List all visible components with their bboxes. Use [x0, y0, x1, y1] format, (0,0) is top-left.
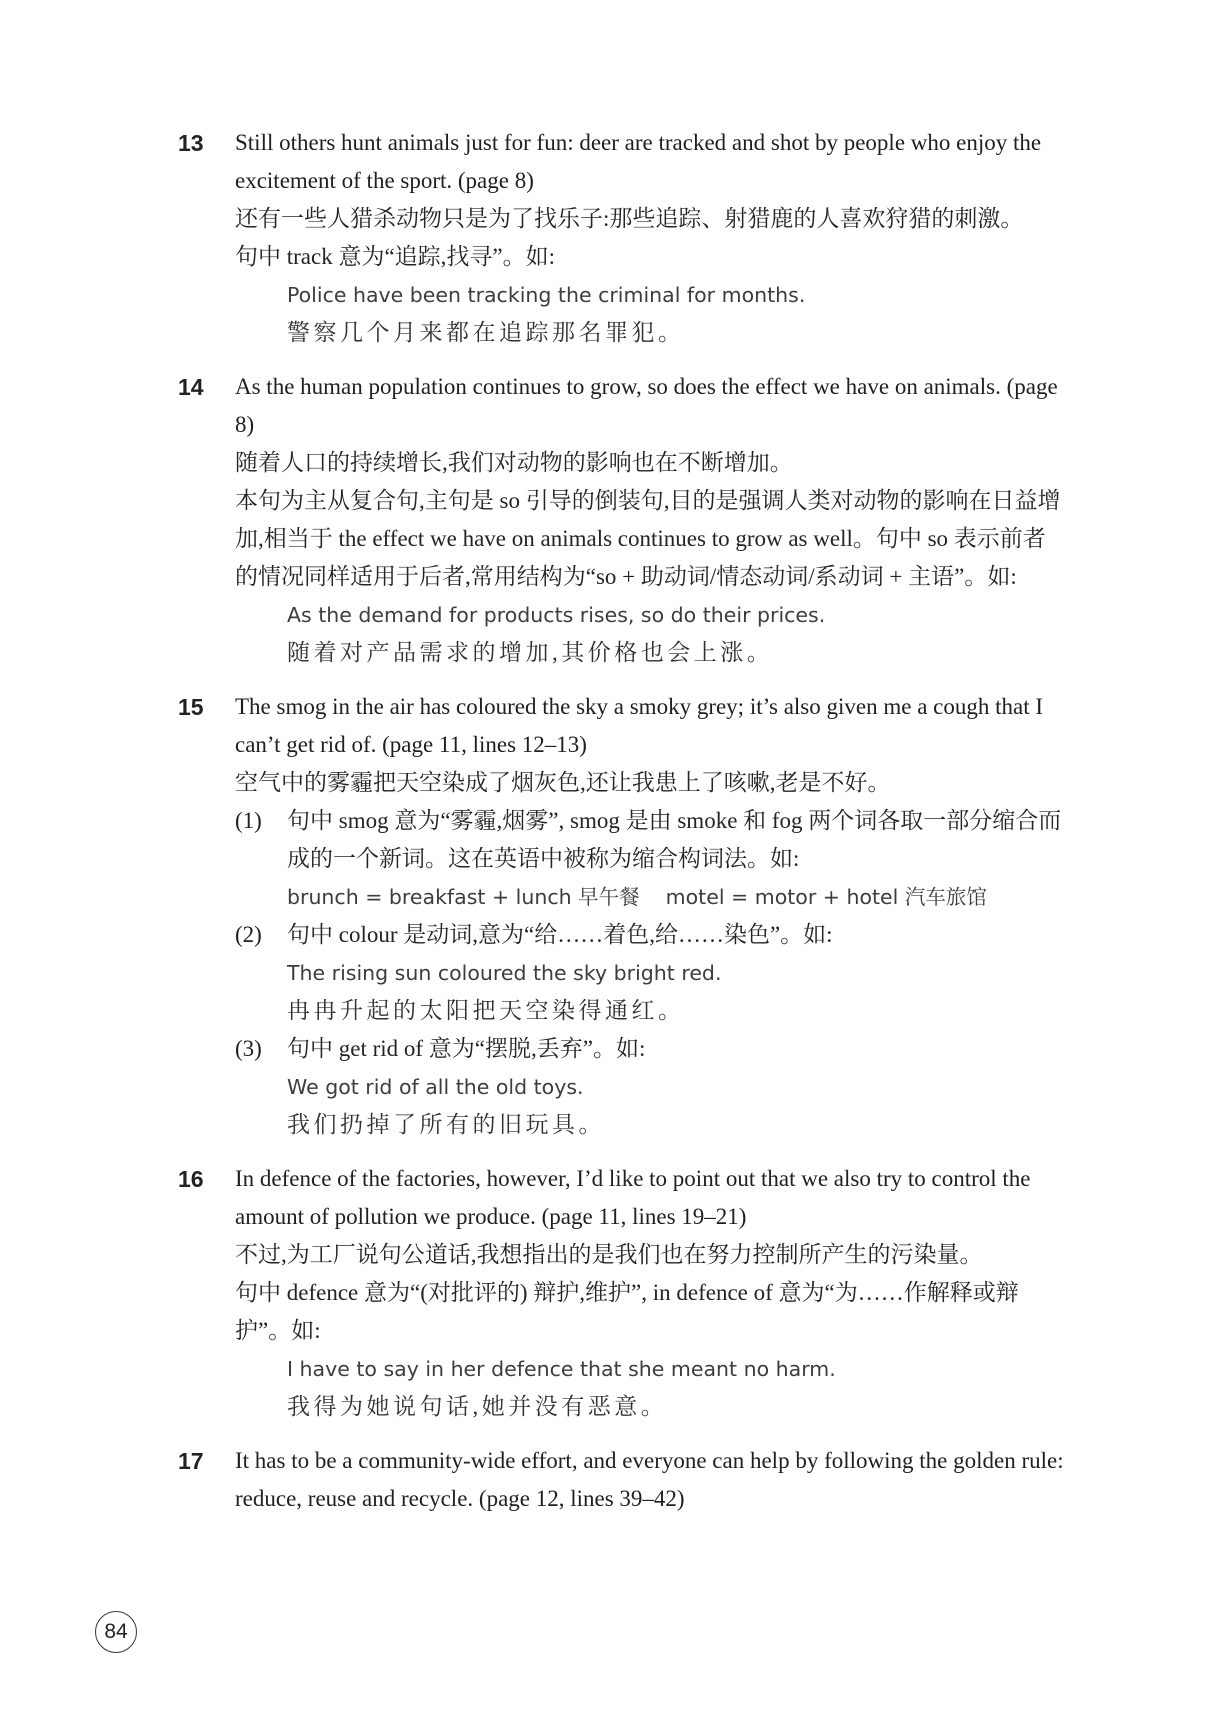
- example-chinese: 警察几个月来都在追踪那名罪犯。: [287, 314, 1065, 352]
- item-number: 16: [178, 1160, 235, 1426]
- example-block: Police have been tracking the criminal f…: [235, 276, 1065, 352]
- sub-item-note: 句中 smog 意为“雾霾,烟雾”, smog 是由 smoke 和 fog 两…: [287, 802, 1065, 878]
- page-content: 13 Still others hunt animals just for fu…: [178, 124, 1065, 1534]
- item-number: 15: [178, 688, 235, 1144]
- example-english: Police have been tracking the criminal f…: [287, 276, 1065, 314]
- textbook-page: 13 Still others hunt animals just for fu…: [0, 0, 1207, 1717]
- item-number: 13: [178, 124, 235, 352]
- item-english-sentence: As the human population continues to gro…: [235, 368, 1065, 444]
- page-number-badge: 84: [95, 1611, 137, 1653]
- sub-item-body: 句中 smog 意为“雾霾,烟雾”, smog 是由 smoke 和 fog 两…: [287, 802, 1065, 916]
- sub-item: (2) 句中 colour 是动词,意为“给……着色,给……染色”。如: The…: [235, 916, 1065, 1030]
- item-body: The smog in the air has coloured the sky…: [235, 688, 1065, 1144]
- example-english: I have to say in her defence that she me…: [287, 1350, 1065, 1388]
- exercise-item: 16 In defence of the factories, however,…: [178, 1160, 1065, 1426]
- item-english-sentence: It has to be a community-wide effort, an…: [235, 1442, 1065, 1518]
- item-english-sentence: In defence of the factories, however, I’…: [235, 1160, 1065, 1236]
- item-number: 14: [178, 368, 235, 672]
- example-english: We got rid of all the old toys.: [287, 1068, 1065, 1106]
- item-chinese-translation: 空气中的雾霾把天空染成了烟灰色,还让我患上了咳嗽,老是不好。: [235, 764, 1065, 802]
- sub-item: (3) 句中 get rid of 意为“摆脱,丢弃”。如: We got ri…: [235, 1030, 1065, 1144]
- sub-item: (1) 句中 smog 意为“雾霾,烟雾”, smog 是由 smoke 和 f…: [235, 802, 1065, 916]
- page-number: 84: [104, 1620, 127, 1644]
- exercise-item: 13 Still others hunt animals just for fu…: [178, 124, 1065, 352]
- sub-item-body: 句中 get rid of 意为“摆脱,丢弃”。如: We got rid of…: [287, 1030, 1065, 1144]
- item-body: It has to be a community-wide effort, an…: [235, 1442, 1065, 1518]
- item-english-sentence: The smog in the air has coloured the sky…: [235, 688, 1065, 764]
- example-block: I have to say in her defence that she me…: [235, 1350, 1065, 1426]
- item-chinese-translation: 不过,为工厂说句公道话,我想指出的是我们也在努力控制所产生的污染量。: [235, 1236, 1065, 1274]
- exercise-item: 15 The smog in the air has coloured the …: [178, 688, 1065, 1144]
- sub-item-note: 句中 get rid of 意为“摆脱,丢弃”。如:: [287, 1030, 1065, 1068]
- exercise-item: 14 As the human population continues to …: [178, 368, 1065, 672]
- item-chinese-translation: 随着人口的持续增长,我们对动物的影响也在不断增加。: [235, 444, 1065, 482]
- item-body: In defence of the factories, however, I’…: [235, 1160, 1065, 1426]
- sub-item-label: (2): [235, 916, 287, 1030]
- sub-item-label: (3): [235, 1030, 287, 1144]
- example-chinese: 我得为她说句话,她并没有恶意。: [287, 1388, 1065, 1426]
- item-note: 本句为主从复合句,主句是 so 引导的倒装句,目的是强调人类对动物的影响在日益增…: [235, 482, 1065, 596]
- example-word-formation: brunch = breakfast + lunch 早午餐 motel = m…: [287, 878, 1065, 916]
- item-body: As the human population continues to gro…: [235, 368, 1065, 672]
- item-chinese-translation: 还有一些人猎杀动物只是为了找乐子:那些追踪、射猎鹿的人喜欢狩猎的刺激。: [235, 200, 1065, 238]
- item-body: Still others hunt animals just for fun: …: [235, 124, 1065, 352]
- item-english-sentence: Still others hunt animals just for fun: …: [235, 124, 1065, 200]
- item-note: 句中 track 意为“追踪,找寻”。如:: [235, 238, 1065, 276]
- sub-item-label: (1): [235, 802, 287, 916]
- item-number: 17: [178, 1442, 235, 1518]
- example-english: The rising sun coloured the sky bright r…: [287, 954, 1065, 992]
- exercise-item: 17 It has to be a community-wide effort,…: [178, 1442, 1065, 1518]
- example-chinese: 冉冉升起的太阳把天空染得通红。: [287, 992, 1065, 1030]
- example-english: As the demand for products rises, so do …: [287, 596, 1065, 634]
- example-chinese: 随着对产品需求的增加,其价格也会上涨。: [287, 634, 1065, 672]
- item-note: 句中 defence 意为“(对批评的) 辩护,维护”, in defence …: [235, 1274, 1065, 1350]
- example-chinese: 我们扔掉了所有的旧玩具。: [287, 1106, 1065, 1144]
- example-block: As the demand for products rises, so do …: [235, 596, 1065, 672]
- sub-item-body: 句中 colour 是动词,意为“给……着色,给……染色”。如: The ris…: [287, 916, 1065, 1030]
- sub-item-note: 句中 colour 是动词,意为“给……着色,给……染色”。如:: [287, 916, 1065, 954]
